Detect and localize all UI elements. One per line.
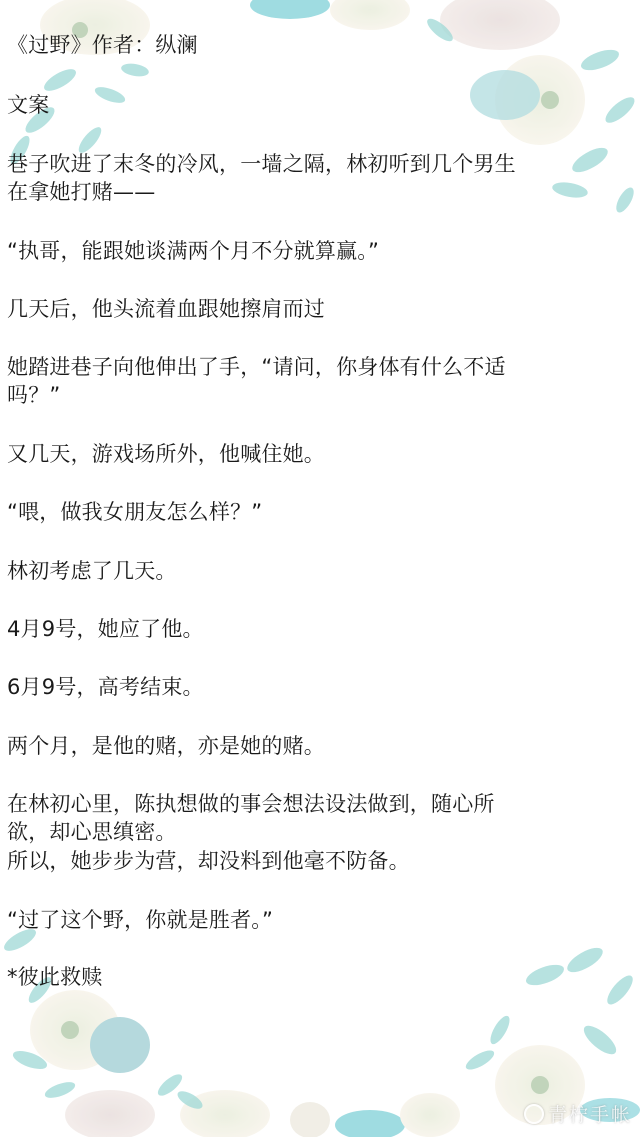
paragraph-11-line-2: 欲，却心思缜密。 bbox=[7, 819, 177, 846]
paragraph-6: “喂，做我女朋友怎么样？” bbox=[7, 499, 262, 526]
paragraph-1-line-1: 巷子吹进了末冬的冷风，一墙之隔，林初听到几个男生 bbox=[7, 151, 516, 178]
paragraph-5: 又几天，游戏场所外，他喊住她。 bbox=[7, 441, 325, 468]
paragraph-11-line-3: 所以，她步步为营，却没料到他毫不防备。 bbox=[7, 848, 410, 875]
book-title-author: 《过野》作者：纵澜 bbox=[7, 32, 198, 59]
paragraph-10: 两个月，是他的赌，亦是她的赌。 bbox=[7, 733, 325, 760]
paragraph-4-line-2: 吗？” bbox=[7, 382, 60, 409]
paragraph-12: “过了这个野，你就是胜者。” bbox=[7, 907, 273, 934]
watermark: 青柠手帐 bbox=[524, 1100, 632, 1127]
paragraph-1-line-2: 在拿她打赌—— bbox=[7, 179, 155, 206]
section-heading: 文案 bbox=[7, 92, 49, 119]
watermark-logo-icon bbox=[524, 1104, 544, 1124]
paragraph-4-line-1: 她踏进巷子向他伸出了手，“请问，你身体有什么不适 bbox=[7, 354, 506, 381]
paragraph-3: 几天后，他头流着血跟她擦肩而过 bbox=[7, 296, 325, 323]
paragraph-7: 林初考虑了几天。 bbox=[7, 558, 177, 585]
paragraph-11-line-1: 在林初心里，陈执想做的事会想法设法做到，随心所 bbox=[7, 791, 495, 818]
paragraph-9: 6月9号，高考结束。 bbox=[7, 674, 204, 701]
paragraph-13: *彼此救赎 bbox=[7, 964, 103, 991]
watermark-text: 青柠手帐 bbox=[548, 1100, 632, 1127]
paragraph-2: “执哥，能跟她谈满两个月不分就算赢。” bbox=[7, 238, 379, 265]
paragraph-8: 4月9号，她应了他。 bbox=[7, 616, 204, 643]
